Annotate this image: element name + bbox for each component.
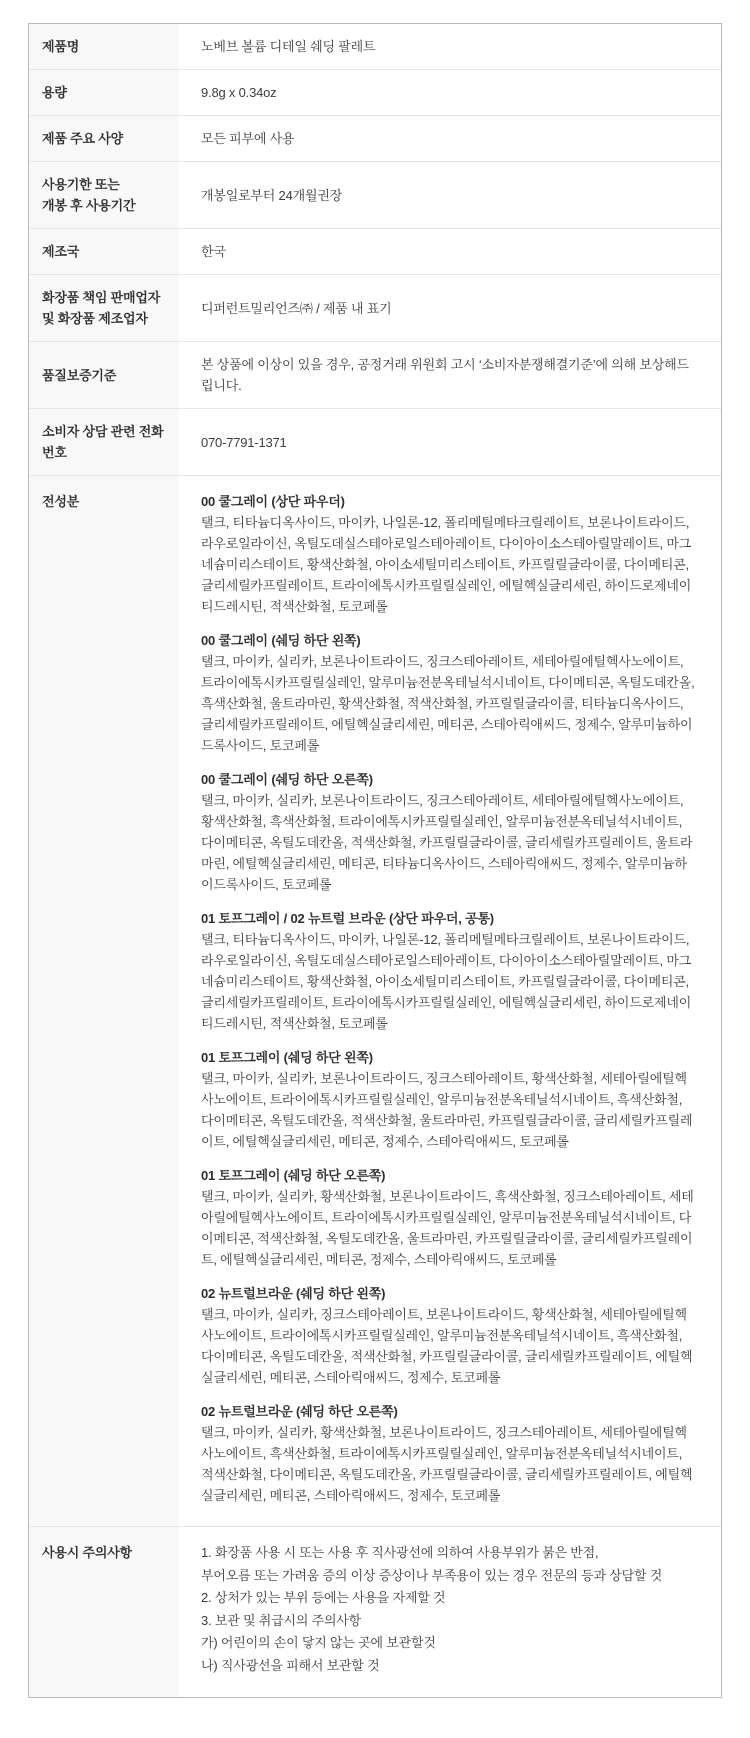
spec-label-expiration: 사용기한 또는 개봉 후 사용기간 [29, 162, 179, 228]
caution-line: 가) 어린이의 손이 닿지 않는 곳에 보관할것 [201, 1632, 697, 1655]
spec-label-ingredients: 전성분 [29, 476, 179, 1526]
spec-value-main-spec: 모든 피부에 사용 [179, 116, 721, 161]
ingredient-heading: 00 쿨그레이 (상단 파우더) [201, 491, 697, 512]
spec-row-country: 제조국 한국 [29, 228, 721, 274]
ingredient-heading: 02 뉴트럴브라운 (쉐딩 하단 왼쪽) [201, 1283, 697, 1304]
ingredient-body: 탤크, 마이카, 실리카, 징크스테아레이트, 보론나이트라이드, 황색산화철,… [201, 1304, 697, 1388]
spec-value-seller-manufacturer: 디퍼런트밀리언즈㈜ / 제품 내 표기 [179, 275, 721, 341]
spec-row-volume: 용량 9.8g x 0.34oz [29, 69, 721, 115]
spec-label-country: 제조국 [29, 229, 179, 274]
ingredient-heading: 00 쿨그레이 (쉐딩 하단 왼쪽) [201, 630, 697, 651]
ingredient-body: 탤크, 티타늄디옥사이드, 마이카, 나일론-12, 폴리메틸메타크릴레이트, … [201, 929, 697, 1034]
spec-row-main-spec: 제품 주요 사양 모든 피부에 사용 [29, 115, 721, 161]
spec-label-quality-guarantee: 품질보증기준 [29, 342, 179, 408]
spec-value-customer-phone: 070-7791-1371 [179, 409, 721, 475]
spec-label-volume: 용량 [29, 70, 179, 115]
ingredient-body: 탤크, 마이카, 실리카, 보론나이트라이드, 징크스테아레이트, 세테아릴에틸… [201, 651, 697, 756]
ingredient-heading: 01 토프그레이 (쉐딩 하단 오른쪽) [201, 1165, 697, 1186]
spec-row-ingredients: 전성분 00 쿨그레이 (상단 파우더) 탤크, 티타늄디옥사이드, 마이카, … [29, 475, 721, 1526]
spec-value-ingredients: 00 쿨그레이 (상단 파우더) 탤크, 티타늄디옥사이드, 마이카, 나일론-… [179, 476, 721, 1526]
ingredient-body: 탤크, 마이카, 실리카, 황색산화철, 보론나이트라이드, 징크스테아레이트,… [201, 1422, 697, 1506]
ingredient-body: 탤크, 티타늄디옥사이드, 마이카, 나일론-12, 폴리메틸메타크릴레이트, … [201, 512, 697, 617]
caution-line: 부어오름 또는 가려움 증의 이상 증상이나 부족용이 있는 경우 전문의 등과… [201, 1565, 697, 1588]
ingredient-heading: 02 뉴트럴브라운 (쉐딩 하단 오른쪽) [201, 1401, 697, 1422]
caution-line: 나) 직사광선을 피해서 보관할 것 [201, 1655, 697, 1678]
spec-value-volume: 9.8g x 0.34oz [179, 70, 721, 115]
product-info-page: 제품명 노베브 볼륨 디테일 쉐딩 팔레트 용량 9.8g x 0.34oz 제… [0, 0, 750, 1738]
ingredient-block-cool-gray-bottom-left: 00 쿨그레이 (쉐딩 하단 왼쪽) 탤크, 마이카, 실리카, 보론나이트라이… [201, 630, 697, 756]
ingredient-heading: 01 토프그레이 / 02 뉴트럴 브라운 (상단 파우더, 공통) [201, 908, 697, 929]
spec-label-main-spec: 제품 주요 사양 [29, 116, 179, 161]
ingredient-block-cool-gray-bottom-right: 00 쿨그레이 (쉐딩 하단 오른쪽) 탤크, 마이카, 실리카, 보론나이트라… [201, 769, 697, 895]
spec-row-customer-phone: 소비자 상담 관련 전화번호 070-7791-1371 [29, 408, 721, 475]
spec-value-caution: 1. 화장품 사용 시 또는 사용 후 직사광선에 의하여 사용부위가 붉은 반… [179, 1527, 721, 1697]
spec-value-expiration: 개봉일로부터 24개월권장 [179, 162, 721, 228]
spec-label-seller-manufacturer: 화장품 책임 판매업자 및 화장품 제조업자 [29, 275, 179, 341]
spec-row-expiration: 사용기한 또는 개봉 후 사용기간 개봉일로부터 24개월권장 [29, 161, 721, 228]
spec-label-customer-phone: 소비자 상담 관련 전화번호 [29, 409, 179, 475]
ingredient-body: 탤크, 마이카, 실리카, 보론나이트라이드, 징크스테아레이트, 황색산화철,… [201, 1068, 697, 1152]
ingredient-block-neutral-brown-bottom-right: 02 뉴트럴브라운 (쉐딩 하단 오른쪽) 탤크, 마이카, 실리카, 황색산화… [201, 1401, 697, 1506]
caution-line: 1. 화장품 사용 시 또는 사용 후 직사광선에 의하여 사용부위가 붉은 반… [201, 1542, 697, 1565]
ingredient-body: 탤크, 마이카, 실리카, 보론나이트라이드, 징크스테아레이트, 세테아릴에틸… [201, 790, 697, 895]
spec-row-seller-manufacturer: 화장품 책임 판매업자 및 화장품 제조업자 디퍼런트밀리언즈㈜ / 제품 내 … [29, 274, 721, 341]
ingredient-block-taupe-gray-bottom-left: 01 토프그레이 (쉐딩 하단 왼쪽) 탤크, 마이카, 실리카, 보론나이트라… [201, 1047, 697, 1152]
product-spec-table: 제품명 노베브 볼륨 디테일 쉐딩 팔레트 용량 9.8g x 0.34oz 제… [28, 23, 722, 1698]
caution-line: 3. 보관 및 취급시의 주의사항 [201, 1610, 697, 1633]
ingredient-block-common-top-powder: 01 토프그레이 / 02 뉴트럴 브라운 (상단 파우더, 공통) 탤크, 티… [201, 908, 697, 1034]
ingredient-block-taupe-gray-bottom-right: 01 토프그레이 (쉐딩 하단 오른쪽) 탤크, 마이카, 실리카, 황색산화철… [201, 1165, 697, 1270]
ingredient-heading: 00 쿨그레이 (쉐딩 하단 오른쪽) [201, 769, 697, 790]
ingredient-body: 탤크, 마이카, 실리카, 황색산화철, 보론나이트라이드, 흑색산화철, 징크… [201, 1186, 697, 1270]
spec-value-quality-guarantee: 본 상품에 이상이 있을 경우, 공정거래 위원회 고시 ‘소비자분쟁해결기준’… [179, 342, 721, 408]
caution-line: 2. 상처가 있는 부위 등에는 사용을 자제할 것 [201, 1587, 697, 1610]
spec-value-product-name: 노베브 볼륨 디테일 쉐딩 팔레트 [179, 24, 721, 69]
spec-value-country: 한국 [179, 229, 721, 274]
spec-label-caution: 사용시 주의사항 [29, 1527, 179, 1697]
ingredient-block-cool-gray-top: 00 쿨그레이 (상단 파우더) 탤크, 티타늄디옥사이드, 마이카, 나일론-… [201, 491, 697, 617]
ingredient-block-neutral-brown-bottom-left: 02 뉴트럴브라운 (쉐딩 하단 왼쪽) 탤크, 마이카, 실리카, 징크스테아… [201, 1283, 697, 1388]
spec-row-quality-guarantee: 품질보증기준 본 상품에 이상이 있을 경우, 공정거래 위원회 고시 ‘소비자… [29, 341, 721, 408]
spec-label-product-name: 제품명 [29, 24, 179, 69]
spec-row-product-name: 제품명 노베브 볼륨 디테일 쉐딩 팔레트 [29, 24, 721, 69]
ingredient-heading: 01 토프그레이 (쉐딩 하단 왼쪽) [201, 1047, 697, 1068]
spec-row-caution: 사용시 주의사항 1. 화장품 사용 시 또는 사용 후 직사광선에 의하여 사… [29, 1526, 721, 1697]
